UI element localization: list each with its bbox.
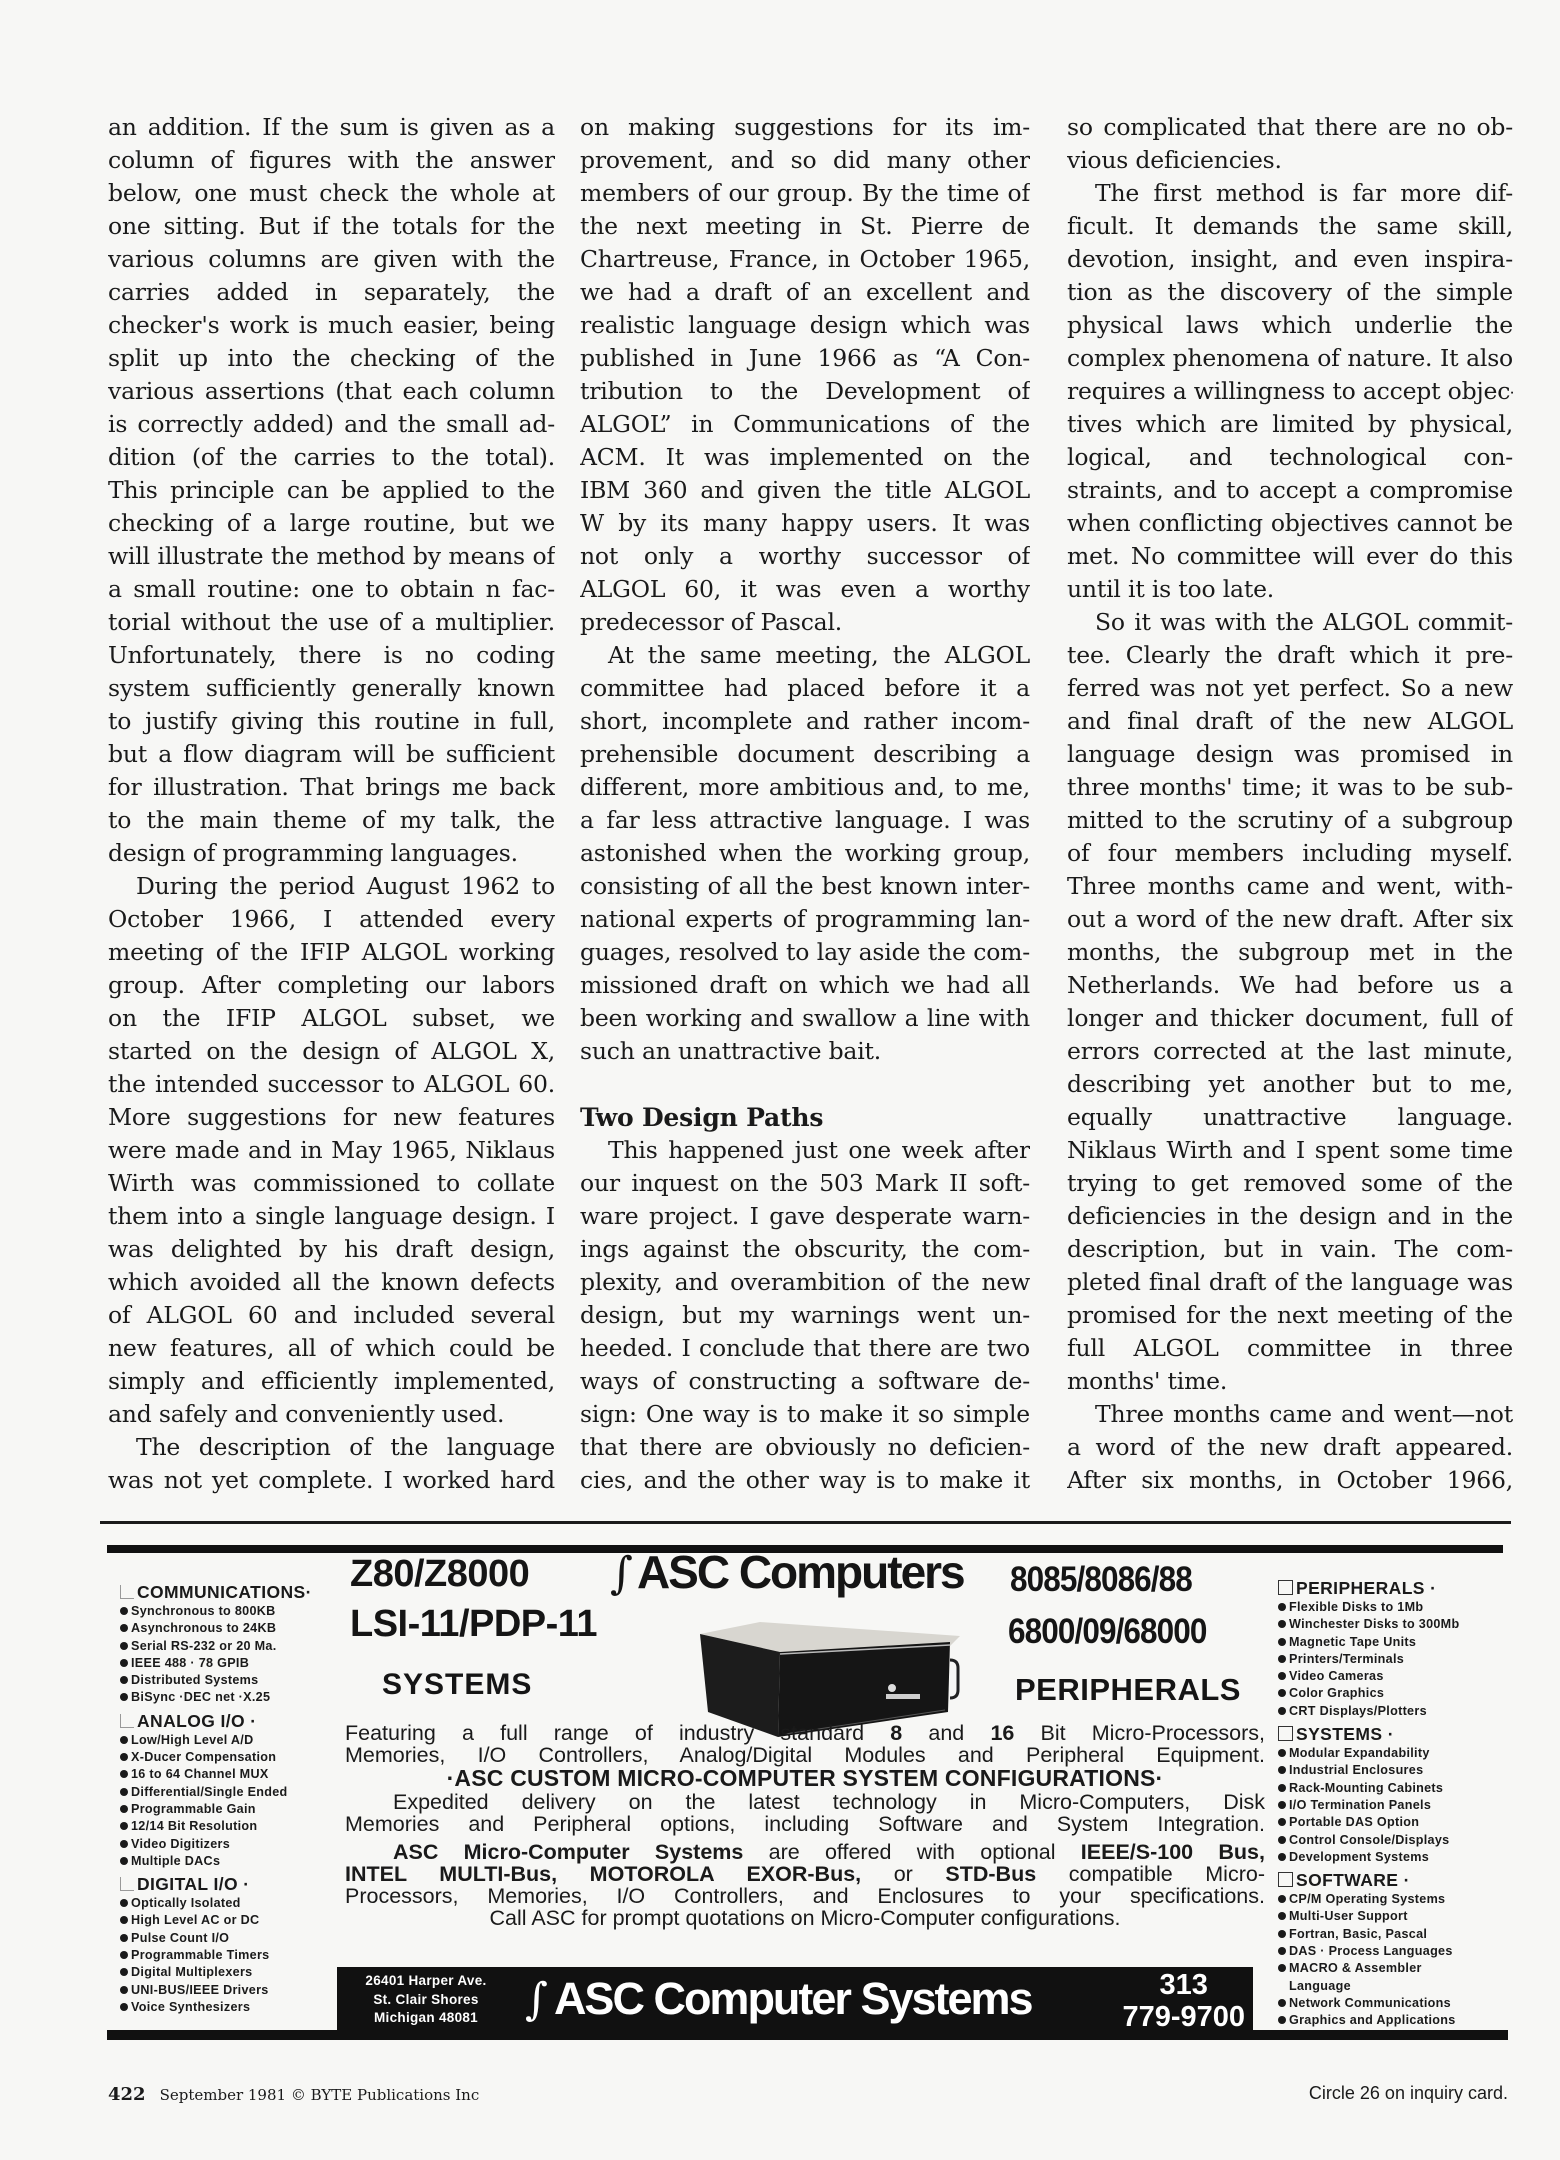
bullet-icon [120, 1857, 128, 1865]
text-line: describing yet another but to me, [1067, 1068, 1513, 1101]
text-line: vious deficiencies. [1067, 144, 1513, 177]
text-line: on the IFIP ALGOL subset, we [108, 1002, 555, 1035]
list-item: Serial RS-232 or 20 Ma. [120, 1638, 345, 1655]
text-line: simply and efficiently implemented, [108, 1365, 555, 1398]
bullet-icon [120, 1916, 128, 1924]
integral-logo-icon: ∫ [610, 1548, 631, 1599]
bullet-icon [1278, 1930, 1286, 1938]
checkbox-icon [1278, 1726, 1293, 1741]
section-heading-communications: COMMUNICATIONS· [120, 1581, 345, 1603]
ad-bottom-rule [107, 2030, 1508, 2040]
bullet-icon [1278, 1749, 1286, 1757]
text-line: complex phenomena of nature. It also [1067, 342, 1513, 375]
text-line: short, incomplete and rather incom- [580, 705, 1030, 738]
text-line: and final draft of the new ALGOL [1067, 705, 1513, 738]
custom-configurations-headline: ·ASC CUSTOM MICRO-COMPUTER SYSTEM CONFIG… [345, 1766, 1265, 1791]
text-line: but a flow diagram will be sufficient [108, 738, 555, 771]
text-line: design, but my warnings went un- [580, 1299, 1030, 1332]
text-line: been working and swallow a line with [580, 1002, 1030, 1035]
product-line-6800: 6800/09/68000 [1008, 1612, 1207, 1652]
product-line-z80: Z80/Z8000 [350, 1553, 529, 1596]
text-line: below, one must check the whole at [108, 177, 555, 210]
text-line: The first method is far more dif- [1067, 177, 1513, 210]
bullet-icon [120, 1676, 128, 1684]
bullet-icon [1278, 1836, 1286, 1844]
bullet-icon [1278, 1603, 1286, 1611]
text-line: logical, and technological con- [1067, 441, 1513, 474]
text-line: was not yet complete. I worked hard [108, 1464, 555, 1497]
text-line: Three months came and went—not [1067, 1398, 1513, 1431]
text-line: realistic language design which was [580, 309, 1030, 342]
text-line: started on the design of ALGOL X, [108, 1035, 555, 1068]
bullet-icon [120, 1642, 128, 1650]
text-line: During the period August 1962 to [108, 870, 555, 903]
list-item: Industrial Enclosures [1278, 1762, 1518, 1779]
text-line: guages, resolved to lay aside the com- [580, 936, 1030, 969]
text-line: system sufficiently generally known [108, 672, 555, 705]
text-line: design of programming languages. [108, 837, 555, 870]
bullet-icon [120, 1951, 128, 1959]
list-item: 12/14 Bit Resolution [120, 1818, 345, 1835]
call-line: Call ASC for prompt quotations on Micro-… [345, 1907, 1265, 1929]
ad-right-feature-list: PERIPHERALS · Flexible Disks to 1Mb Winc… [1278, 1574, 1518, 2030]
list-item: Portable DAS Option [1278, 1814, 1518, 1831]
text-line: so complicated that there are no ob- [1067, 111, 1513, 144]
computer-chassis-image [660, 1612, 970, 1737]
list-item: Printers/Terminals [1278, 1651, 1518, 1668]
text-line: out a word of the new draft. After six [1067, 903, 1513, 936]
text-line: ALGOL” in Communications of the [580, 408, 1030, 441]
text-line: them into a single language design. I [108, 1200, 555, 1233]
list-item: Synchronous to 800KB [120, 1603, 345, 1620]
list-item: UNI-BUS/IEEE Drivers [120, 1982, 345, 1999]
text-line: will illustrate the method by means of [108, 540, 555, 573]
publication-credit: September 1981 © BYTE Publications Inc [160, 2086, 480, 2104]
text-line: promised for the next meeting of the [1067, 1299, 1513, 1332]
text-line: Niklaus Wirth and I spent some time [1067, 1134, 1513, 1167]
text-line: tee. Clearly the draft which it pre- [1067, 639, 1513, 672]
list-item: Low/High Level A/D [120, 1732, 345, 1749]
bullet-icon [1278, 2016, 1286, 2024]
bullet-icon [120, 1607, 128, 1615]
text-line: So it was with the ALGOL commit- [1067, 606, 1513, 639]
text-line: ficult. It demands the same skill, [1067, 210, 1513, 243]
bullet-icon [1278, 1999, 1286, 2007]
text-line: pleted final draft of the language was [1067, 1266, 1513, 1299]
text-line: October 1966, I attended every [108, 903, 555, 936]
bullet-icon [120, 1788, 128, 1796]
text-line: heeded. I conclude that there are two [580, 1332, 1030, 1365]
section-heading-software: SOFTWARE · [1278, 1869, 1518, 1891]
contact-banner: 26401 Harper Ave. St. Clair Shores Michi… [337, 1967, 1253, 2037]
text-line: tion as the discovery of the simple [1067, 276, 1513, 309]
list-item: Optically Isolated [120, 1895, 345, 1912]
text-line: tives which are limited by physical, [1067, 408, 1513, 441]
text-line: physical laws which underlie the [1067, 309, 1513, 342]
text-line: trying to get removed some of the [1067, 1167, 1513, 1200]
text-line: straints, and to accept a compromise [1067, 474, 1513, 507]
checkbox-icon [120, 1585, 134, 1599]
text-line: different, more ambitious and, to me, [580, 771, 1030, 804]
text-line: consisting of all the best known inter- [580, 870, 1030, 903]
text-line: torial without the use of a multiplier. [108, 606, 555, 639]
product-line-lsi11: LSI-11/PDP-11 [350, 1603, 597, 1646]
bullet-icon [120, 1805, 128, 1813]
text-line: not only a worthy successor of [580, 540, 1030, 573]
text-line: cies, and the other way is to make it [580, 1464, 1030, 1497]
list-item: Fortran, Basic, Pascal [1278, 1926, 1518, 1943]
text-line: column of figures with the answer [108, 144, 555, 177]
text-line: Chartreuse, France, in October 1965, [580, 243, 1030, 276]
bullet-icon [1278, 1947, 1286, 1955]
text-line: astonished when the working group, [580, 837, 1030, 870]
phone-number: 313 779-9700 [1122, 1969, 1245, 2033]
list-item: Video Cameras [1278, 1668, 1518, 1685]
list-item: Multi-User Support [1278, 1908, 1518, 1925]
text-line: mitted to the scrutiny of a subgroup [1067, 804, 1513, 837]
systems-label: SYSTEMS [382, 1668, 532, 1702]
text-line: ware project. I gave desperate warn- [580, 1200, 1030, 1233]
list-item: Color Graphics [1278, 1685, 1518, 1702]
text-line: devotion, insight, and even inspira- [1067, 243, 1513, 276]
bullet-icon [1278, 1818, 1286, 1826]
text-line: a word of the new draft appeared. [1067, 1431, 1513, 1464]
section-heading: Two Design Paths [580, 1101, 1030, 1134]
text-line: national experts of programming lan- [580, 903, 1030, 936]
bullet-icon [1278, 1964, 1286, 1972]
bullet-icon [120, 1899, 128, 1907]
list-item: Winchester Disks to 300Mb [1278, 1616, 1518, 1633]
list-item: Magnetic Tape Units [1278, 1634, 1518, 1651]
offered-line-2: INTEL MULTI-Bus, MOTOROLA EXOR-Bus, or S… [345, 1863, 1265, 1885]
article-column-2: on making suggestions for its im- provem… [580, 111, 1030, 1497]
bullet-icon [1278, 1620, 1286, 1628]
text-line: checker's work is much easier, being [108, 309, 555, 342]
list-item: BiSync ·DEC net ·X.25 [120, 1689, 345, 1706]
bullet-icon [1278, 1689, 1286, 1697]
list-item-continuation: Language [1278, 1978, 1518, 1995]
list-item: High Level AC or DC [120, 1912, 345, 1929]
brand-logo: ∫ASC Computers [610, 1545, 964, 1599]
text-line: group. After completing our labors [108, 969, 555, 1002]
text-line: plexity, and overambition of the new [580, 1266, 1030, 1299]
expedited-line-1: Expedited delivery on the latest technol… [345, 1791, 1265, 1813]
text-line: W by its many happy users. It was [580, 507, 1030, 540]
expedited-line-2: Memories and Peripheral options, includi… [345, 1813, 1265, 1835]
text-line: of four members including myself. [1067, 837, 1513, 870]
text-line: This principle can be applied to the [108, 474, 555, 507]
text-line: At the same meeting, the ALGOL [580, 639, 1030, 672]
text-line: until it is too late. [1067, 573, 1513, 606]
text-line: equally unattractive language. [1067, 1101, 1513, 1134]
text-line: when conflicting objectives cannot be [1067, 507, 1513, 540]
text-line: requires a willingness to accept objec- [1067, 375, 1513, 408]
text-line: This happened just one week after [580, 1134, 1030, 1167]
bullet-icon [1278, 1895, 1286, 1903]
bullet-icon [1278, 1672, 1286, 1680]
text-line: for illustration. That brings me back [108, 771, 555, 804]
text-line: new features, all of which could be [108, 1332, 555, 1365]
featuring-line-2: Memories, I/O Controllers, Analog/Digita… [345, 1744, 1265, 1766]
list-item: Video Digitizers [120, 1836, 345, 1853]
ad-body-copy: Featuring a full range of industry stand… [345, 1722, 1265, 1929]
bullet-icon [1278, 1707, 1286, 1715]
text-line: of ALGOL 60 and included several [108, 1299, 555, 1332]
checkbox-icon [120, 1714, 134, 1728]
text-line: split up into the checking of the [108, 342, 555, 375]
text-line: full ALGOL committee in three [1067, 1332, 1513, 1365]
text-line: various columns are given with the [108, 243, 555, 276]
peripherals-label: PERIPHERALS [1015, 1672, 1241, 1708]
company-address: 26401 Harper Ave. St. Clair Shores Michi… [351, 1972, 501, 2028]
page-number: 422 [108, 2084, 146, 2105]
article-column-1: an addition. If the sum is given as a co… [108, 111, 555, 1497]
bullet-icon [1278, 1784, 1286, 1792]
text-line: one sitting. But if the totals for the [108, 210, 555, 243]
bullet-icon [1278, 1655, 1286, 1663]
text-line: meeting of the IFIP ALGOL working [108, 936, 555, 969]
bullet-icon [120, 1736, 128, 1744]
text-line: is correctly added) and the small ad- [108, 408, 555, 441]
bullet-icon [1278, 1801, 1286, 1809]
list-item: CP/M Operating Systems [1278, 1891, 1518, 1908]
ad-left-feature-list: COMMUNICATIONS· Synchronous to 800KB Asy… [120, 1578, 345, 2016]
list-item: Multiple DACs [120, 1853, 345, 1870]
list-item: Asynchronous to 24KB [120, 1620, 345, 1637]
checkbox-icon [1278, 1872, 1293, 1887]
bullet-icon [120, 1968, 128, 1976]
bullet-icon [120, 1753, 128, 1761]
product-line-8085: 8085/8086/88 [1010, 1560, 1192, 1600]
text-line: ways of constructing a software de- [580, 1365, 1030, 1398]
text-line: IBM 360 and given the title ALGOL [580, 474, 1030, 507]
text-line: the next meeting in St. Pierre de [580, 210, 1030, 243]
section-heading-peripherals: PERIPHERALS · [1278, 1577, 1518, 1599]
text-line: that there are obviously no deficien- [580, 1431, 1030, 1464]
text-line: months' time. [1067, 1365, 1513, 1398]
offered-line-1: ASC Micro-Computer Systems are offered w… [345, 1841, 1265, 1863]
text-line: missioned draft on which we had all [580, 969, 1030, 1002]
featuring-line-1: Featuring a full range of industry stand… [345, 1722, 1265, 1744]
bullet-icon [120, 1659, 128, 1667]
text-line: deficiencies in the design and in the [1067, 1200, 1513, 1233]
checkbox-icon [1278, 1580, 1293, 1595]
list-item: Programmable Gain [120, 1801, 345, 1818]
text-line: and safely and conveniently used. [108, 1398, 555, 1431]
text-line: we had a draft of an excellent and [580, 276, 1030, 309]
bullet-icon [120, 1840, 128, 1848]
text-line: met. No committee will ever do this [1067, 540, 1513, 573]
bullet-icon [1278, 1638, 1286, 1646]
list-item: Graphics and Applications [1278, 2012, 1518, 2029]
text-line: our inquest on the 503 Mark II soft- [580, 1167, 1030, 1200]
list-item: X-Ducer Compensation [120, 1749, 345, 1766]
text-line: was delighted by his draft design, [108, 1233, 555, 1266]
bullet-icon [1278, 1853, 1286, 1861]
section-heading-systems: SYSTEMS · [1278, 1723, 1518, 1745]
text-line: Wirth was commissioned to collate [108, 1167, 555, 1200]
text-line: an addition. If the sum is given as a [108, 111, 555, 144]
article-divider-rule [100, 1521, 1511, 1524]
text-line: ALGOL 60, it was even a worthy [580, 573, 1030, 606]
bullet-icon [1278, 1766, 1286, 1774]
text-line: a far less attractive language. I was [580, 804, 1030, 837]
text-line: Three months came and went, with- [1067, 870, 1513, 903]
list-item: Rack-Mounting Cabinets [1278, 1780, 1518, 1797]
list-item: Digital Multiplexers [120, 1964, 345, 1981]
text-line: description, but in vain. The com- [1067, 1233, 1513, 1266]
text-line: dition (of the carries to the total). [108, 441, 555, 474]
text-line: members of our group. By the time of [580, 177, 1030, 210]
list-item: Development Systems [1278, 1849, 1518, 1866]
text-line: were made and in May 1965, Niklaus [108, 1134, 555, 1167]
company-name: ∫ASC Computer Systems [525, 1973, 1032, 2025]
bullet-icon [120, 1986, 128, 1994]
bullet-icon [120, 1624, 128, 1632]
list-item: I/O Termination Panels [1278, 1797, 1518, 1814]
text-line: tribution to the Development of [580, 375, 1030, 408]
text-line: sign: One way is to make it so simple [580, 1398, 1030, 1431]
page-footer-left: 422September 1981 © BYTE Publications In… [108, 2084, 479, 2105]
text-line: a small routine: one to obtain n fac- [108, 573, 555, 606]
text-line: The description of the language [108, 1431, 555, 1464]
spacer-line [580, 1068, 1030, 1101]
text-line: committee had placed before it a [580, 672, 1030, 705]
text-line: to justify giving this routine in full, [108, 705, 555, 738]
text-line: Netherlands. We had before us a [1067, 969, 1513, 1002]
text-line: More suggestions for new features [108, 1101, 555, 1134]
bullet-icon [120, 1934, 128, 1942]
list-item: MACRO & Assembler [1278, 1960, 1518, 1977]
text-line: Unfortunately, there is no coding [108, 639, 555, 672]
text-line: predecessor of Pascal. [580, 606, 1030, 639]
list-item: Flexible Disks to 1Mb [1278, 1599, 1518, 1616]
list-item: Pulse Count I/O [120, 1930, 345, 1947]
text-line: checking of a large routine, but we [108, 507, 555, 540]
list-item: DAS · Process Languages [1278, 1943, 1518, 1960]
text-line: longer and thicker document, full of [1067, 1002, 1513, 1035]
text-line: After six months, in October 1966, [1067, 1464, 1513, 1497]
list-item: Distributed Systems [120, 1672, 345, 1689]
text-line: published in June 1966 as “A Con- [580, 342, 1030, 375]
text-line: errors corrected at the last minute, [1067, 1035, 1513, 1068]
section-heading-analog-io: ANALOG I/O · [120, 1710, 345, 1732]
text-line: language design was promised in [1067, 738, 1513, 771]
text-line: ings against the obscurity, the com- [580, 1233, 1030, 1266]
list-item: Differential/Single Ended [120, 1784, 345, 1801]
list-item: IEEE 488 · 78 GPIB [120, 1655, 345, 1672]
section-heading-digital-io: DIGITAL I/O · [120, 1873, 345, 1895]
text-line: ferred was not yet perfect. So a new [1067, 672, 1513, 705]
list-item: Modular Expandability [1278, 1745, 1518, 1762]
bullet-icon [120, 1693, 128, 1701]
list-item: Control Console/Displays [1278, 1832, 1518, 1849]
text-line: which avoided all the known defects [108, 1266, 555, 1299]
text-line: carries added in separately, the [108, 276, 555, 309]
list-item: Network Communications [1278, 1995, 1518, 2012]
text-line: ACM. It was implemented on the [580, 441, 1030, 474]
text-line: provement, and so did many other [580, 144, 1030, 177]
text-line: such an unattractive bait. [580, 1035, 1030, 1068]
bullet-icon [1278, 1912, 1286, 1920]
text-line: to the main theme of my talk, the [108, 804, 555, 837]
article-column-3: so complicated that there are no ob- vio… [1067, 111, 1513, 1497]
text-line: prehensible document describing a [580, 738, 1030, 771]
integral-logo-icon: ∫ [525, 1974, 546, 2025]
text-line: on making suggestions for its im- [580, 111, 1030, 144]
inquiry-card-note: Circle 26 on inquiry card. [1309, 2083, 1508, 2104]
bullet-icon [120, 1822, 128, 1830]
bullet-icon [120, 2003, 128, 2011]
list-item: Programmable Timers [120, 1947, 345, 1964]
text-line: months, the subgroup met in the [1067, 936, 1513, 969]
bullet-icon [120, 1770, 128, 1778]
list-item: Voice Synthesizers [120, 1999, 345, 2016]
text-line: three months' time; it was to be sub- [1067, 771, 1513, 804]
text-line: the intended successor to ALGOL 60. [108, 1068, 555, 1101]
text-line: various assertions (that each column [108, 375, 555, 408]
list-item: CRT Displays/Plotters [1278, 1703, 1518, 1720]
list-item: 16 to 64 Channel MUX [120, 1766, 345, 1783]
offered-line-3: Processors, Memories, I/O Controllers, a… [345, 1885, 1265, 1907]
checkbox-icon [120, 1877, 134, 1891]
